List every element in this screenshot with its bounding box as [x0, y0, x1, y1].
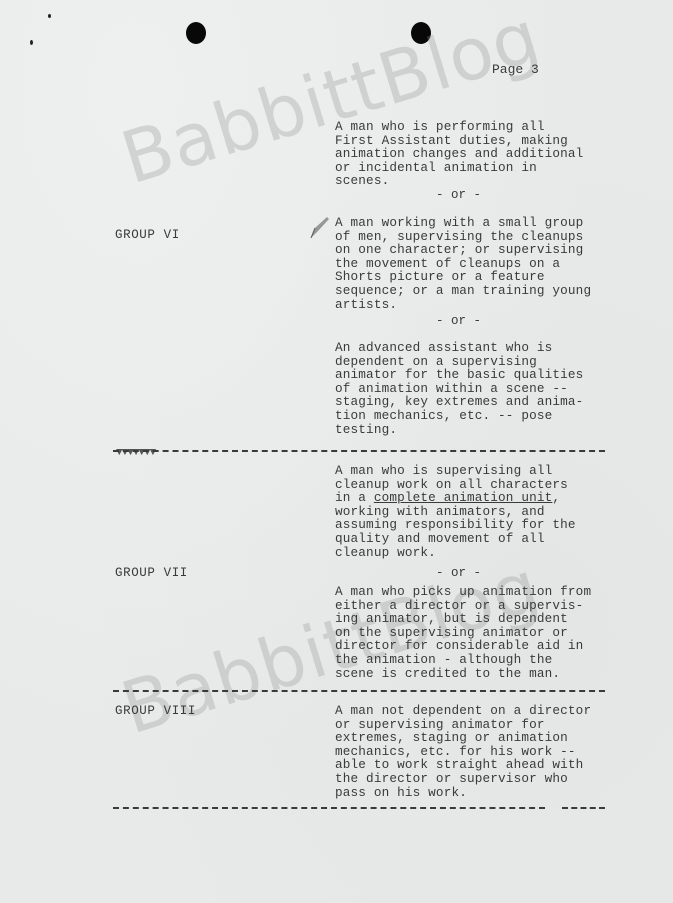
paper-speck [30, 40, 33, 45]
section-divider-end [562, 807, 605, 809]
or-separator: - or - [436, 566, 481, 580]
group-vii-paragraph-2: A man who picks up animation from either… [335, 585, 615, 680]
paper-speck [48, 14, 51, 18]
group-viii-paragraph-1: A man not dependent on a director or sup… [335, 704, 615, 799]
section-divider [113, 807, 545, 809]
page-number: Page 3 [492, 62, 539, 77]
group-vi-paragraph-3: An advanced assistant who is dependent o… [335, 341, 615, 436]
section-divider [113, 450, 605, 452]
group-label-vii: GROUP VII [115, 566, 188, 580]
scallop-mark: ▼▼▼▼▼▼▼ [116, 447, 155, 459]
or-separator: - or - [436, 188, 481, 202]
or-separator: - or - [436, 314, 481, 328]
group-vii-paragraph-1: A man who is supervising all cleanup wor… [335, 464, 615, 559]
group-vi-paragraph-1: A man who is performing all First Assist… [335, 120, 615, 188]
section-divider [113, 690, 605, 692]
punch-hole-left [186, 22, 206, 44]
group-vi-paragraph-2: A man working with a small group of men,… [335, 216, 615, 311]
group-label-vi: GROUP VI [115, 228, 180, 242]
pen-mark-icon [309, 216, 331, 240]
group-label-viii: GROUP VIII [115, 704, 196, 718]
